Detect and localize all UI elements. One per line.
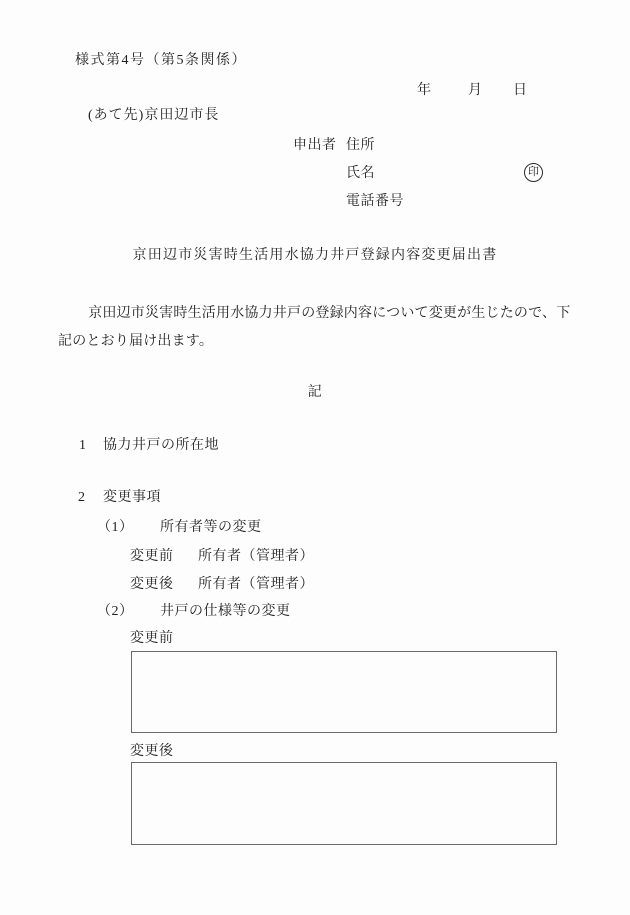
date-month-label: 月 (468, 82, 483, 99)
ki-heading: 記 (0, 384, 630, 401)
applicant-label: 申出者 (293, 137, 337, 154)
spec-change-after-box[interactable] (131, 762, 557, 845)
item-1-number: 1 (79, 437, 87, 454)
applicant-address-label: 住所 (346, 137, 375, 154)
spec-change-after-label: 変更後 (130, 743, 174, 760)
owner-change-before-owner-label: 所有者（管理者） (198, 548, 314, 565)
owner-change-before-label: 変更前 (130, 548, 174, 565)
owner-change-after-label: 変更後 (130, 576, 174, 593)
spec-change-before-label: 変更前 (130, 630, 174, 647)
sub-item-2-number: （2） (97, 603, 134, 620)
owner-change-after-owner-label: 所有者（管理者） (198, 576, 314, 593)
document-page: 様式第4号（第5条関係） 年 月 日 (あて先)京田辺市長 申出者 住所 氏名 … (0, 0, 630, 915)
date-year-label: 年 (417, 82, 432, 99)
addressee: (あて先)京田辺市長 (88, 107, 219, 124)
sub-item-1-number: （1） (97, 519, 134, 536)
document-title: 京田辺市災害時生活用水協力井戸登録内容変更届出書 (0, 247, 630, 264)
applicant-name-label: 氏名 (346, 165, 375, 182)
body-paragraph: 京田辺市災害時生活用水協力井戸の登録内容について変更が生じたので、下 記のとおり… (58, 300, 623, 356)
item-2-number: 2 (78, 489, 86, 506)
spec-change-before-box[interactable] (131, 651, 557, 733)
applicant-phone-label: 電話番号 (346, 193, 404, 210)
sub-item-1-owner-change-label: 所有者等の変更 (160, 519, 262, 536)
form-number: 様式第4号（第5条関係） (75, 52, 247, 69)
seal-icon: 印 (524, 163, 543, 182)
item-1-well-location-label: 協力井戸の所在地 (103, 437, 219, 454)
sub-item-2-spec-change-label: 井戸の仕様等の変更 (160, 603, 291, 620)
item-2-change-items-label: 変更事項 (103, 489, 161, 506)
date-day-label: 日 (513, 82, 528, 99)
